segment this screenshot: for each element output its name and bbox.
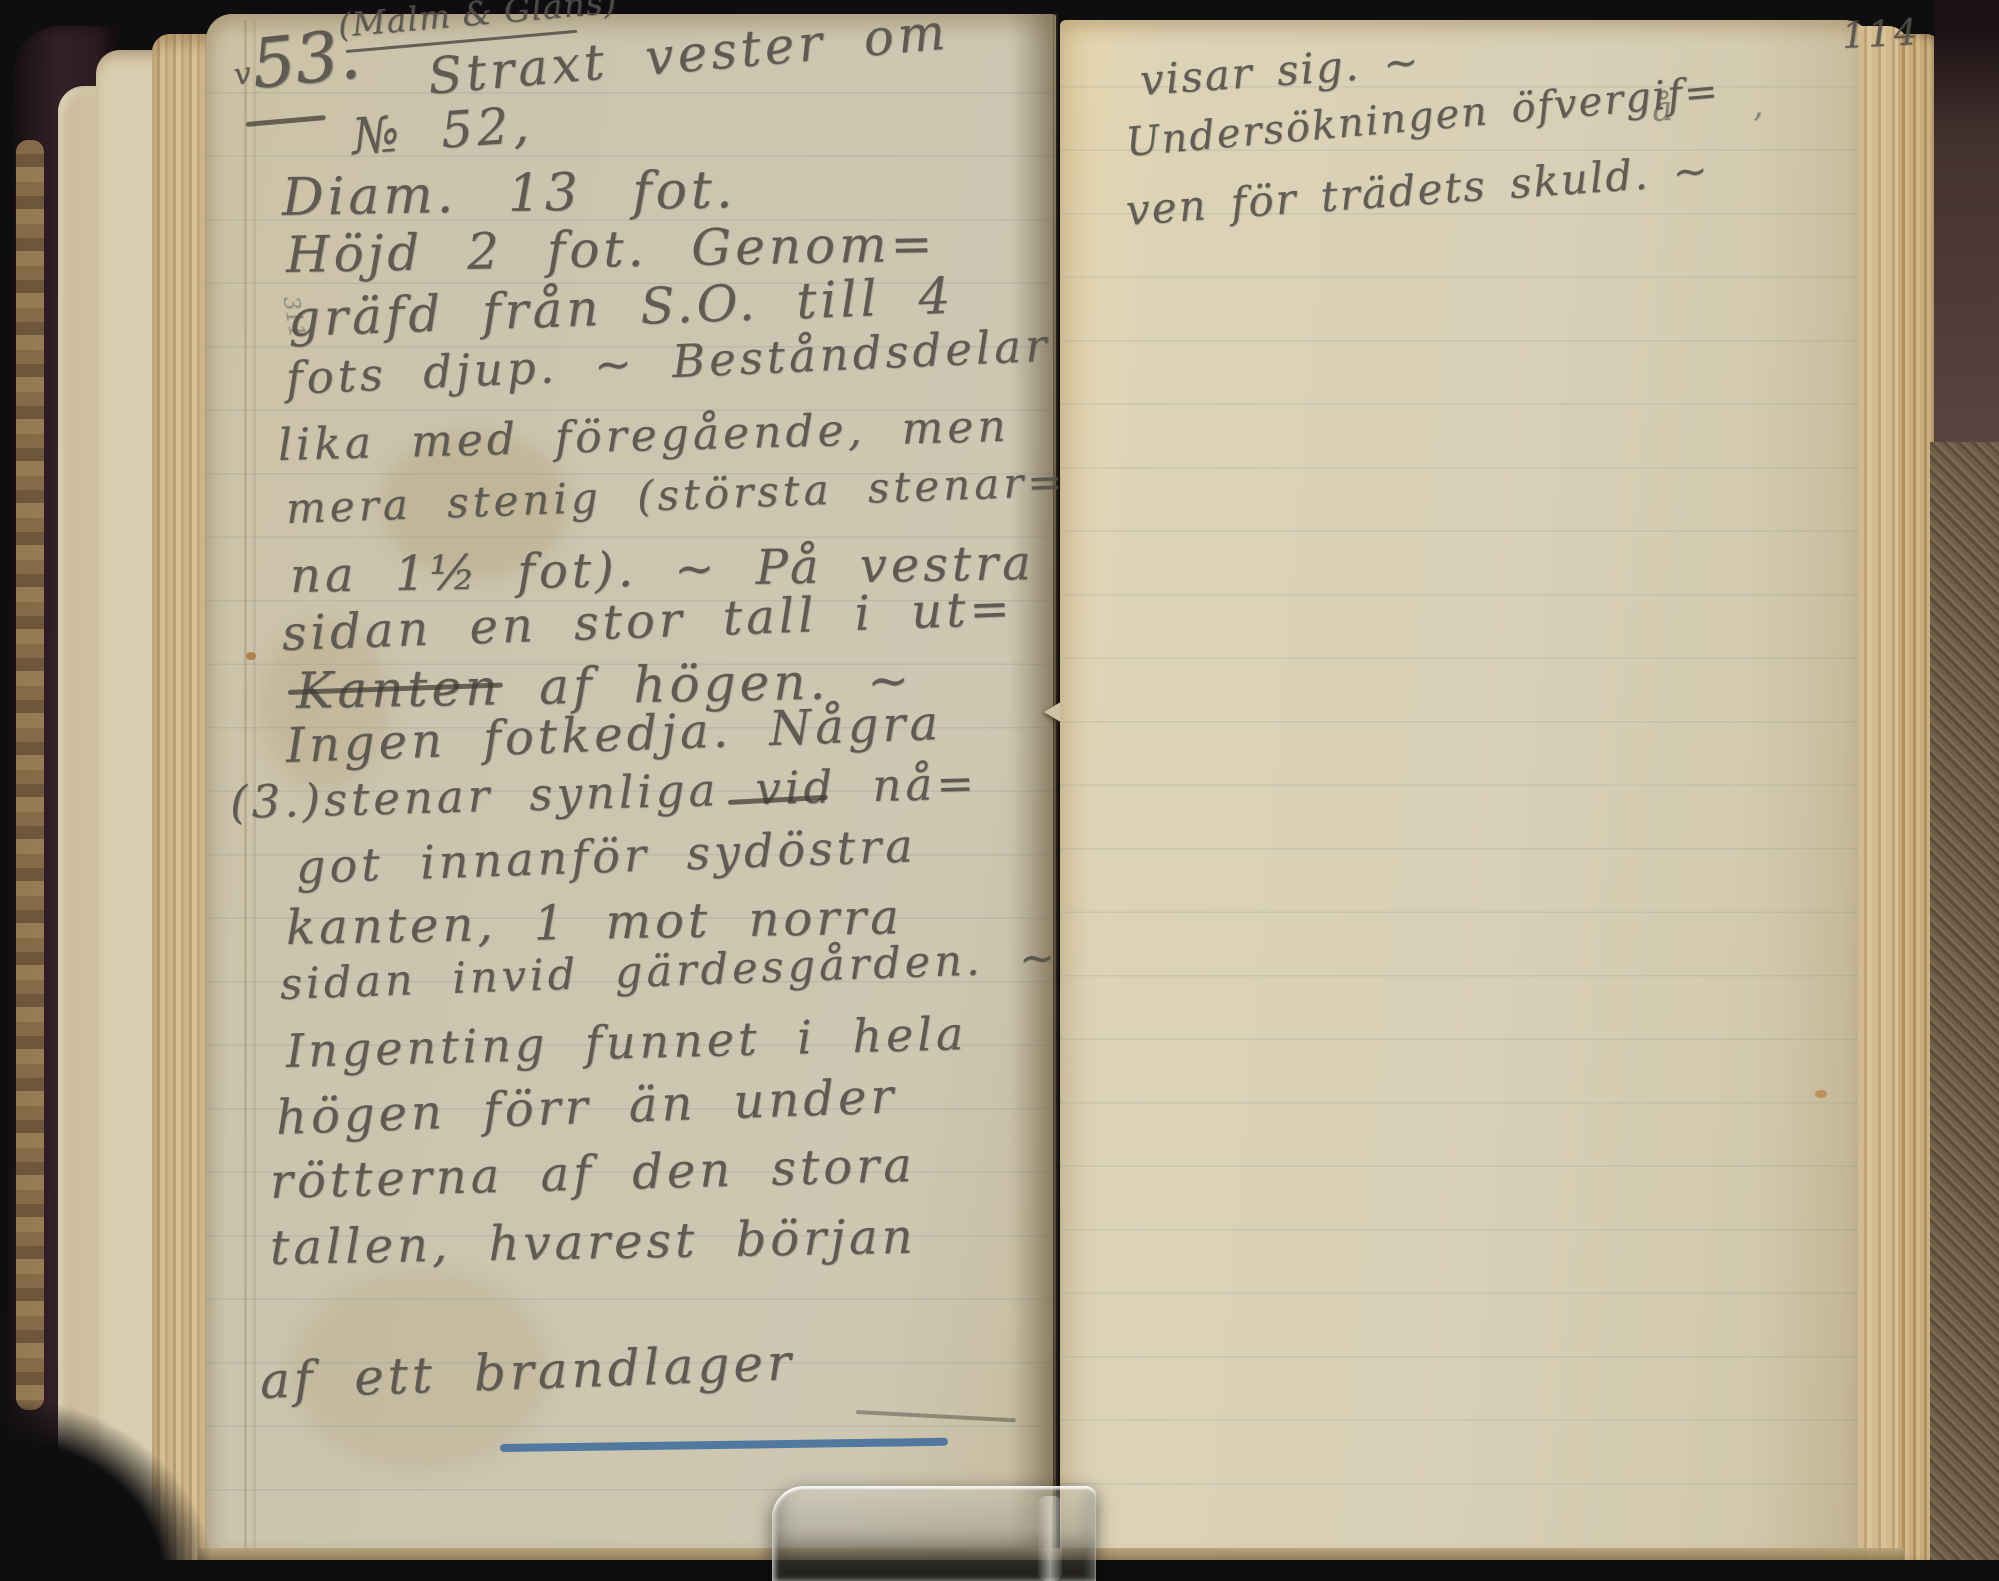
entry-number: 53.: [248, 15, 364, 105]
glass-weight-highlight: [1038, 1496, 1062, 1581]
page-number: 114: [1841, 12, 1921, 57]
right-page-aging: [1750, 20, 1860, 1566]
handwritten-line: tallen, hvarest början: [270, 1209, 917, 1276]
right-book-cover-fabric: [1930, 442, 1999, 1581]
notebook-photo: (Malm & Glans) v 53. Straxt vester om № …: [0, 0, 1999, 1581]
paper-speck: [246, 652, 256, 660]
left-cover-worn-edge: [16, 140, 44, 1410]
paper-speck: [1815, 1090, 1827, 1098]
gutter-stitching: [1053, 14, 1058, 1562]
handwritten-line: Diam. 13 fot.: [281, 160, 736, 228]
stray-pencil-mark: ’: [1752, 106, 1763, 146]
right-book-cover-top: [1934, 0, 1999, 448]
stray-pencil-mark: å: [1651, 89, 1674, 130]
background-bottom-left-corner: [0, 1400, 210, 1581]
gutter-shadow: [1008, 14, 1054, 1562]
